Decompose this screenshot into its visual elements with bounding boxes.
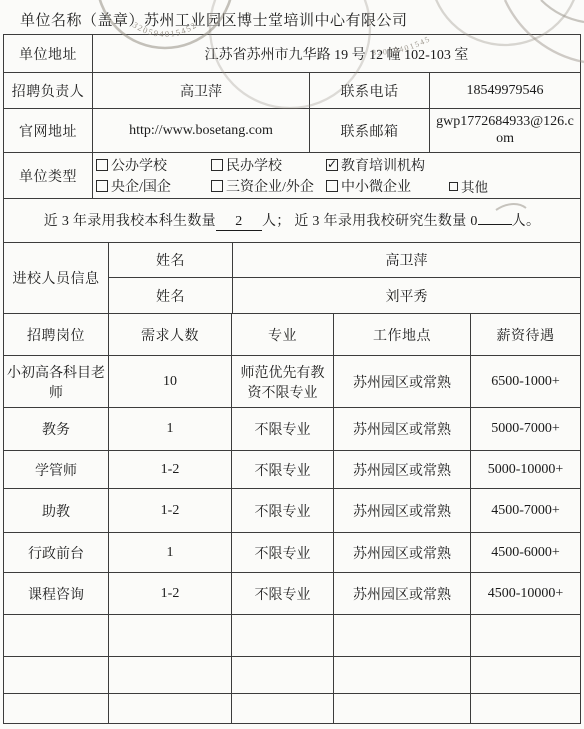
job-positions-table: 招聘岗位 需求人数 专业 工作地点 薪资待遇 小初高各科目老师 10 师范优先有… [3,313,581,724]
unit-type-options-cell: 公办学校 民办学校 ✓ 教育培训机构 [93,153,581,199]
checkbox-label: 公办学校 [111,155,167,175]
unit-type-label-cell: 单位类型 [4,153,93,199]
company-name-value: 苏州工业园区博士堂培训中心有限公司 [144,13,408,29]
job-major-cell: 不限专业 [232,573,334,615]
job-location-cell: 苏州园区或常熟 [334,356,471,408]
empty-cell [334,657,471,694]
empty-job-row [4,657,581,694]
unit-type-option-foreign: 三资企业/外企 [211,176,326,196]
unit-type-option-training-org: ✓ 教育培训机构 [326,155,425,175]
unit-type-line-1: 公办学校 民办学校 ✓ 教育培训机构 [96,155,577,176]
website-value-cell: http://www.bosetang.com [93,109,310,153]
checkbox-unchecked-icon [326,180,338,192]
checkbox-label: 其他 [461,176,488,196]
job-salary-cell: 4500-6000+ [471,533,581,573]
phone-value-cell: 18549979546 [430,73,581,109]
empty-cell [232,657,334,694]
unit-type-option-private-school: 民办学校 [211,155,326,175]
form-title: 单位名称（盖章）苏州工业园区博士堂培训中心有限公司 [20,9,408,30]
job-count-cell: 10 [109,356,232,408]
recruiter-name-cell: 高卫萍 [93,73,310,109]
job-location-cell: 苏州园区或常熟 [334,451,471,489]
job-count-cell: 1-2 [109,489,232,533]
job-major-cell: 师范优先有教资不限专业 [232,356,334,408]
hires-statement-cell: 近 3 年录用我校本科生数量2人； 近 3 年录用我校研究生数量 0人。 [4,199,581,243]
empty-cell [471,615,581,657]
staff-name-label-cell: 姓名 [109,243,233,278]
staff-name-label-cell: 姓名 [109,278,233,314]
job-salary-cell: 4500-10000+ [471,573,581,615]
checkbox-label: 中小微企业 [341,176,411,196]
staff-name-value-cell: 高卫萍 [233,243,581,278]
job-salary-cell: 5000-10000+ [471,451,581,489]
job-location-cell: 苏州园区或常熟 [334,489,471,533]
form-tables: 单位地址 江苏省苏州市九华路 19 号 12 幢 102-103 室 招聘负责人… [3,34,580,724]
checkbox-unchecked-icon [96,159,108,171]
job-location-cell: 苏州园区或常熟 [334,533,471,573]
empty-cell [109,615,232,657]
staff-section-label-cell: 进校人员信息 [4,243,109,314]
empty-cell [232,694,334,724]
job-title-header-cell: 招聘岗位 [4,314,109,356]
unit-type-option-sme: 中小微企业 [326,176,449,196]
job-row: 助教 1-2 不限专业 苏州园区或常熟 4500-7000+ [4,489,581,533]
website-label-cell: 官网地址 [4,109,93,153]
job-location-cell: 苏州园区或常熟 [334,408,471,451]
empty-cell [109,694,232,724]
job-major-cell: 不限专业 [232,451,334,489]
job-location-cell: 苏州园区或常熟 [334,573,471,615]
empty-cell [4,694,109,724]
hires-text-middle: 人； 近 3 年录用我校研究生数量 [262,214,470,229]
job-row: 教务 1 不限专业 苏州园区或常熟 5000-7000+ [4,408,581,451]
unit-type-option-public-school: 公办学校 [96,155,211,175]
recruiter-label-cell: 招聘负责人 [4,73,93,109]
email-value-cell: gwp1772684933@126.com [430,109,581,153]
unit-type-option-state-owned: 央企/国企 [96,176,211,196]
checkbox-label: 民办学校 [226,155,282,175]
job-row: 小初高各科目老师 10 师范优先有教资不限专业 苏州园区或常熟 6500-100… [4,356,581,408]
location-header-cell: 工作地点 [334,314,471,356]
job-major-cell: 不限专业 [232,489,334,533]
job-title-cell: 行政前台 [4,533,109,573]
email-label-cell: 联系邮箱 [310,109,430,153]
job-salary-cell: 4500-7000+ [471,489,581,533]
grad-count-blank [478,224,512,225]
empty-cell [471,694,581,724]
empty-cell [334,615,471,657]
checkbox-label: 教育培训机构 [341,155,425,175]
staff-name-value-cell: 刘平秀 [233,278,581,314]
grad-count-value: 0 [470,214,477,229]
phone-label-cell: 联系电话 [310,73,430,109]
job-title-cell: 教务 [4,408,109,451]
hires-text-suffix: 人。 [512,214,541,229]
stamp-corner-arc [541,0,584,22]
checkbox-unchecked-icon [211,159,223,171]
empty-cell [4,615,109,657]
empty-cell [232,615,334,657]
job-count-cell: 1-2 [109,573,232,615]
job-salary-cell: 5000-7000+ [471,408,581,451]
job-title-cell: 助教 [4,489,109,533]
job-major-cell: 不限专业 [232,533,334,573]
address-value-cell: 江苏省苏州市九华路 19 号 12 幢 102-103 室 [93,35,581,73]
major-header-cell: 专业 [232,314,334,356]
empty-cell [4,657,109,694]
table-row: 进校人员信息 姓名 高卫萍 [4,243,581,278]
job-major-cell: 不限专业 [232,408,334,451]
job-count-cell: 1 [109,408,232,451]
table-row: 官网地址 http://www.bosetang.com 联系邮箱 gwp177… [4,109,581,153]
checkbox-unchecked-icon [449,182,458,191]
empty-cell [334,694,471,724]
empty-cell [109,657,232,694]
hires-text-prefix: 近 3 年录用我校本科生数量 [44,214,216,229]
job-title-cell: 学管师 [4,451,109,489]
job-row: 课程咨询 1-2 不限专业 苏州园区或常熟 4500-10000+ [4,573,581,615]
checkbox-checked-icon: ✓ [326,159,338,171]
campus-staff-table: 进校人员信息 姓名 高卫萍 姓名 刘平秀 [3,242,581,314]
empty-cell [471,657,581,694]
job-count-cell: 1-2 [109,451,232,489]
table-row: 近 3 年录用我校本科生数量2人； 近 3 年录用我校研究生数量 0人。 [4,199,581,243]
table-row: 单位类型 公办学校 民办学校 ✓ 教育培训机构 [4,153,581,199]
job-header-row: 招聘岗位 需求人数 专业 工作地点 薪资待遇 [4,314,581,356]
unit-type-line-2: 央企/国企 三资企业/外企 中小微企业 其他 [96,176,577,197]
job-count-cell: 1 [109,533,232,573]
checkbox-unchecked-icon [211,180,223,192]
address-label-cell: 单位地址 [4,35,93,73]
job-title-cell: 小初高各科目老师 [4,356,109,408]
empty-job-row [4,694,581,724]
table-row: 单位地址 江苏省苏州市九华路 19 号 12 幢 102-103 室 [4,35,581,73]
checkbox-label: 央企/国企 [111,176,171,196]
checkbox-label: 三资企业/外企 [226,176,314,196]
undergrad-count-blank: 2 [216,215,262,231]
recruitment-form-page: 单位名称（盖章）苏州工业园区博士堂培训中心有限公司 单位地址 江苏省苏州市九华路… [0,0,584,729]
job-title-cell: 课程咨询 [4,573,109,615]
headcount-header-cell: 需求人数 [109,314,232,356]
company-name-label: 单位名称（盖章） [20,13,144,29]
salary-header-cell: 薪资待遇 [471,314,581,356]
unit-type-option-other: 其他 [449,176,488,196]
job-row: 行政前台 1 不限专业 苏州园区或常熟 4500-6000+ [4,533,581,573]
job-row: 学管师 1-2 不限专业 苏州园区或常熟 5000-10000+ [4,451,581,489]
job-salary-cell: 6500-1000+ [471,356,581,408]
empty-job-row [4,615,581,657]
checkbox-unchecked-icon [96,180,108,192]
check-icon: ✓ [327,158,337,170]
table-row: 招聘负责人 高卫萍 联系电话 18549979546 [4,73,581,109]
unit-info-table: 单位地址 江苏省苏州市九华路 19 号 12 幢 102-103 室 招聘负责人… [3,34,581,243]
